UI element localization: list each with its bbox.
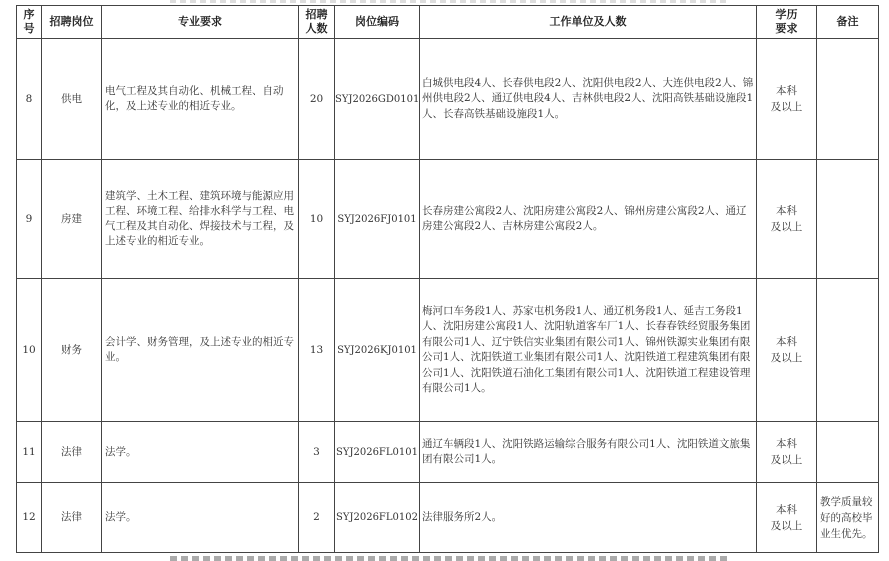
cell-position: 财务 bbox=[42, 279, 102, 422]
table-row: 12 法律 法学。 2 SYJ2026FL0102 法律服务所2人。 本科及以上… bbox=[17, 483, 879, 553]
cell-education: 本科及以上 bbox=[757, 279, 817, 422]
header-row: 序号 招聘岗位 专业要求 招聘人数 岗位编码 工作单位及人数 学历要求 备注 bbox=[17, 6, 879, 39]
cell-count: 3 bbox=[299, 422, 335, 483]
cell-seq: 10 bbox=[17, 279, 42, 422]
cell-code: SYJ2026FL0102 bbox=[335, 483, 420, 553]
cell-seq: 12 bbox=[17, 483, 42, 553]
cell-remarks bbox=[817, 279, 879, 422]
cell-seq: 9 bbox=[17, 160, 42, 279]
header-seq: 序号 bbox=[17, 6, 42, 39]
header-education: 学历要求 bbox=[757, 6, 817, 39]
table-row: 9 房建 建筑学、土木工程、建筑环境与能源应用工程、环境工程、给排水科学与工程、… bbox=[17, 160, 879, 279]
cropped-text-below bbox=[170, 556, 730, 561]
cell-position: 法律 bbox=[42, 422, 102, 483]
cell-count: 2 bbox=[299, 483, 335, 553]
header-major: 专业要求 bbox=[102, 6, 299, 39]
header-remarks: 备注 bbox=[817, 6, 879, 39]
cell-education: 本科及以上 bbox=[757, 160, 817, 279]
cell-units: 长春房建公寓段2人、沈阳房建公寓段2人、锦州房建公寓段2人、通辽房建公寓段2人、… bbox=[420, 160, 757, 279]
header-units: 工作单位及人数 bbox=[420, 6, 757, 39]
cell-education: 本科及以上 bbox=[757, 483, 817, 553]
cell-units: 法律服务所2人。 bbox=[420, 483, 757, 553]
cell-seq: 11 bbox=[17, 422, 42, 483]
table-row: 8 供电 电气工程及其自动化、机械工程、自动化，及上述专业的相近专业。 20 S… bbox=[17, 39, 879, 160]
cell-major: 电气工程及其自动化、机械工程、自动化，及上述专业的相近专业。 bbox=[102, 39, 299, 160]
cell-major: 法学。 bbox=[102, 422, 299, 483]
cropped-text-above bbox=[170, 0, 730, 3]
cell-code: SYJ2026FL0101 bbox=[335, 422, 420, 483]
header-code: 岗位编码 bbox=[335, 6, 420, 39]
cell-remarks: 教学质量较好的高校毕业生优先。 bbox=[817, 483, 879, 553]
cell-code: SYJ2026GD0101 bbox=[335, 39, 420, 160]
cell-count: 10 bbox=[299, 160, 335, 279]
cell-count: 20 bbox=[299, 39, 335, 160]
cell-count: 13 bbox=[299, 279, 335, 422]
cell-units: 梅河口车务段1人、苏家屯机务段1人、通辽机务段1人、延吉工务段1人、沈阳房建公寓… bbox=[420, 279, 757, 422]
cell-major: 建筑学、土木工程、建筑环境与能源应用工程、环境工程、给排水科学与工程、电气工程及… bbox=[102, 160, 299, 279]
cell-position: 供电 bbox=[42, 39, 102, 160]
header-count: 招聘人数 bbox=[299, 6, 335, 39]
cell-units: 通辽车辆段1人、沈阳铁路运输综合服务有限公司1人、沈阳铁道文旅集团有限公司1人。 bbox=[420, 422, 757, 483]
cell-remarks bbox=[817, 160, 879, 279]
cell-education: 本科及以上 bbox=[757, 422, 817, 483]
cell-code: SYJ2026FJ0101 bbox=[335, 160, 420, 279]
table-row: 11 法律 法学。 3 SYJ2026FL0101 通辽车辆段1人、沈阳铁路运输… bbox=[17, 422, 879, 483]
cell-education: 本科及以上 bbox=[757, 39, 817, 160]
header-position: 招聘岗位 bbox=[42, 6, 102, 39]
cell-seq: 8 bbox=[17, 39, 42, 160]
cell-position: 法律 bbox=[42, 483, 102, 553]
recruitment-table: 序号 招聘岗位 专业要求 招聘人数 岗位编码 工作单位及人数 学历要求 备注 8… bbox=[16, 5, 879, 553]
cell-code: SYJ2026KJ0101 bbox=[335, 279, 420, 422]
cell-remarks bbox=[817, 39, 879, 160]
cell-remarks bbox=[817, 422, 879, 483]
table-row: 10 财务 会计学、财务管理，及上述专业的相近专业。 13 SYJ2026KJ0… bbox=[17, 279, 879, 422]
cell-major: 法学。 bbox=[102, 483, 299, 553]
cell-position: 房建 bbox=[42, 160, 102, 279]
cell-units: 白城供电段4人、长春供电段2人、沈阳供电段2人、大连供电段2人、锦州供电段2人、… bbox=[420, 39, 757, 160]
cell-major: 会计学、财务管理，及上述专业的相近专业。 bbox=[102, 279, 299, 422]
